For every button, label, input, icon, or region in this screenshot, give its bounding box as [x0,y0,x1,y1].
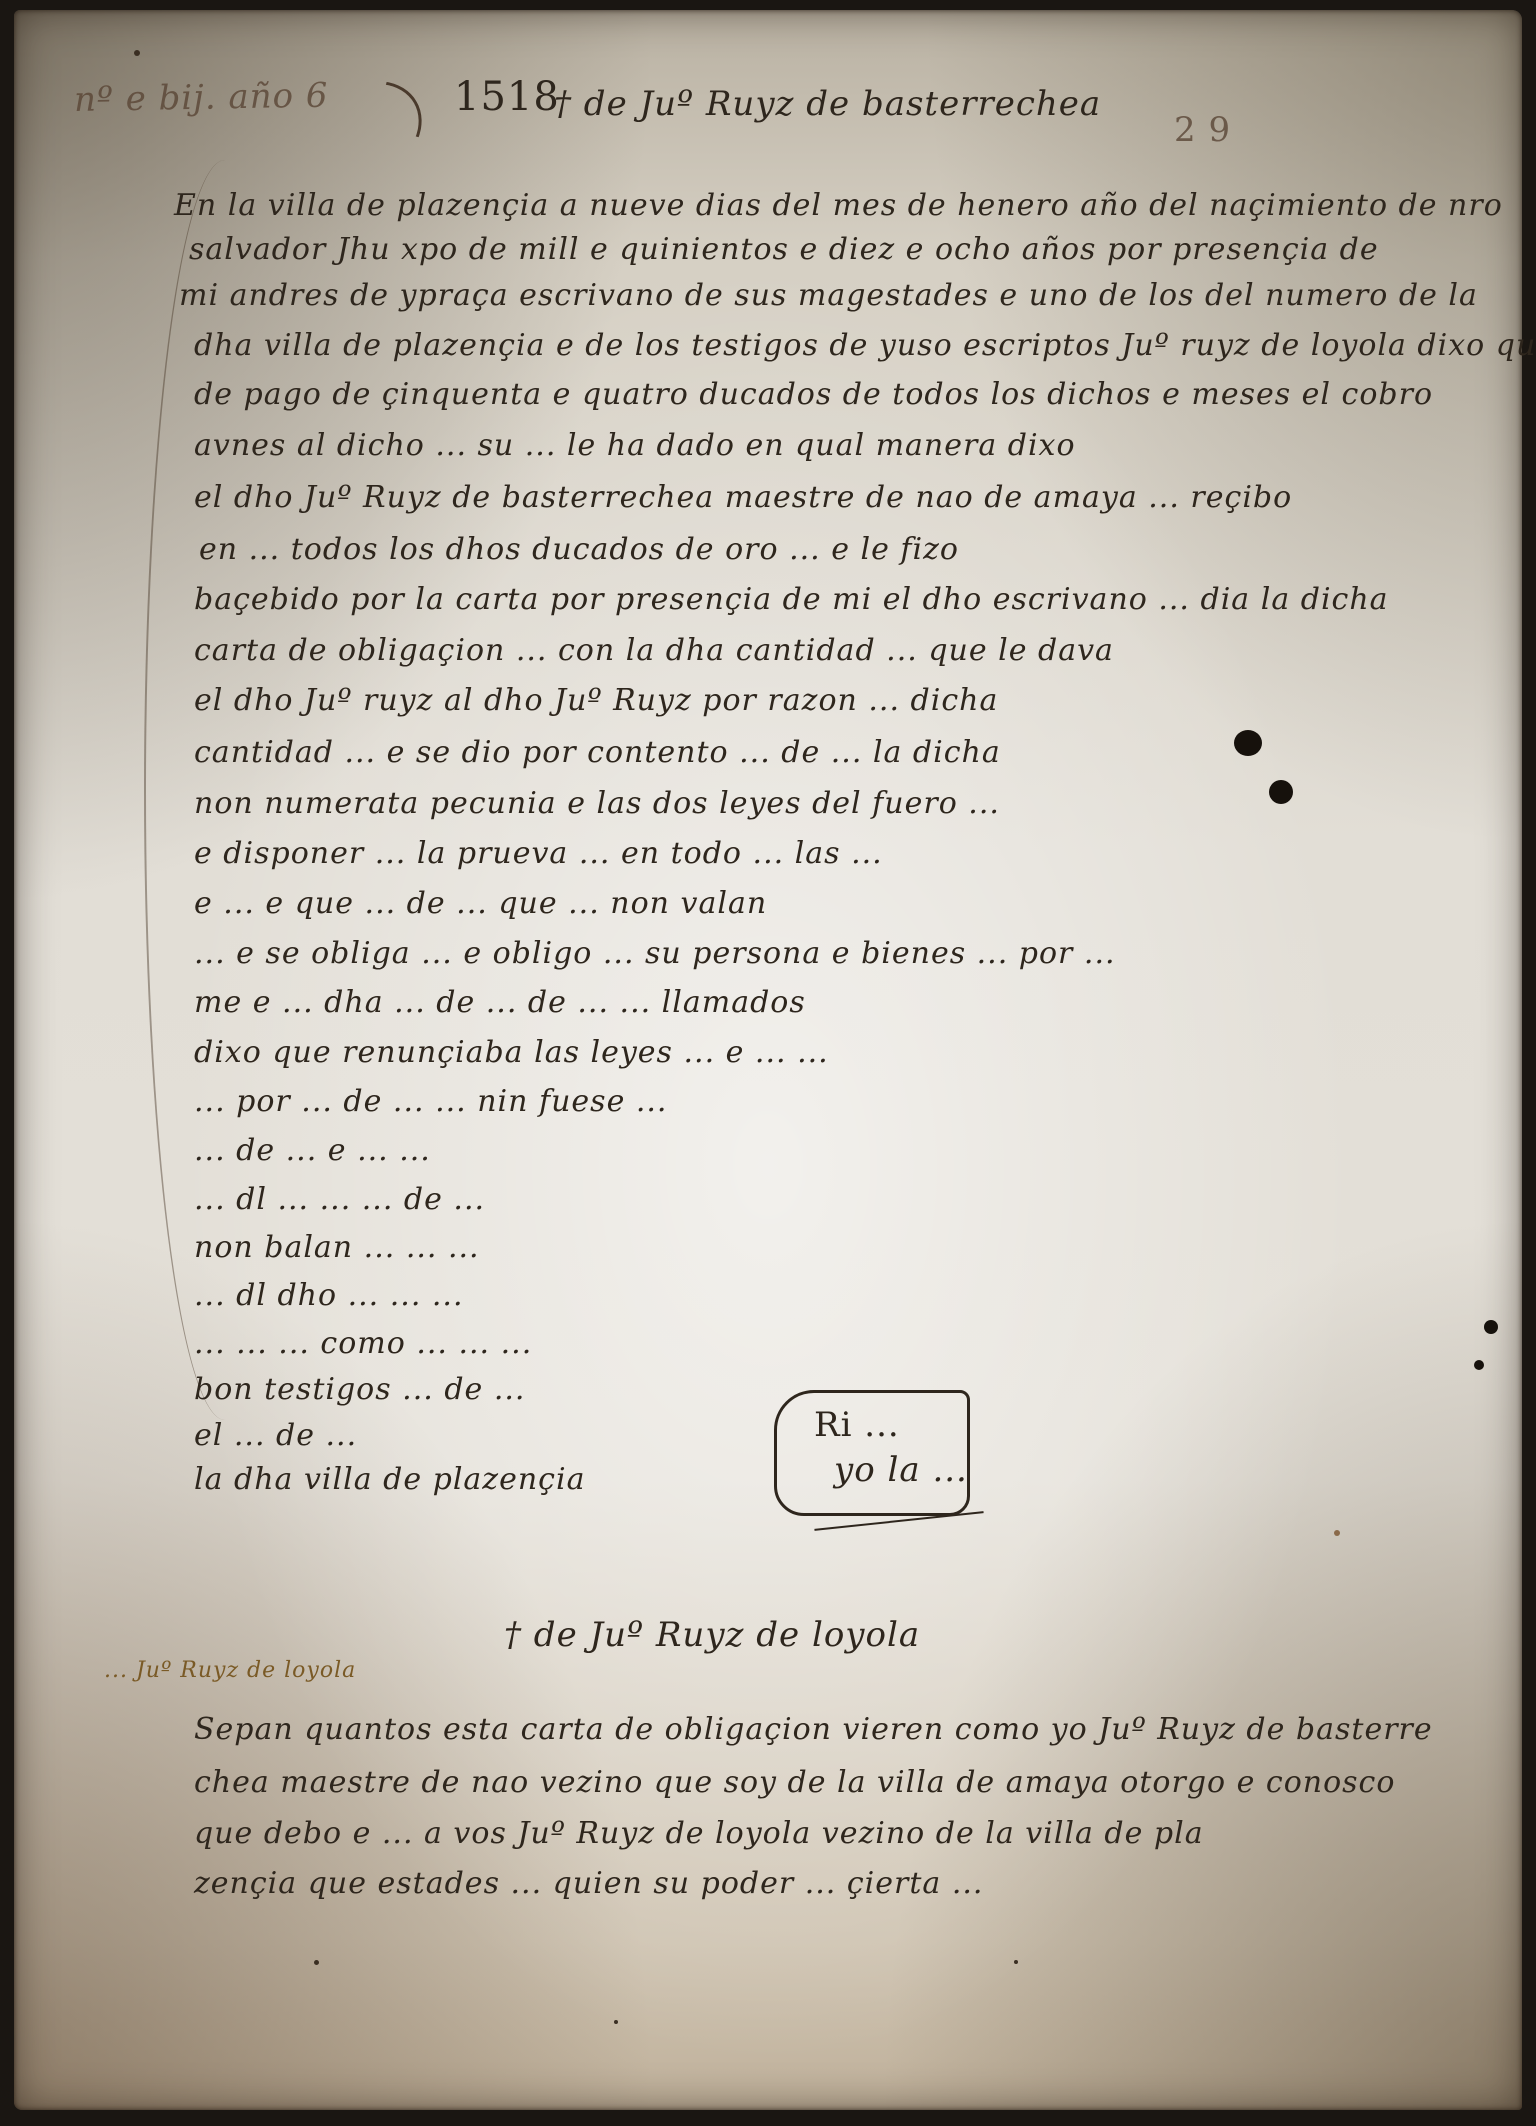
body-line: el ... de ... [194,1418,357,1453]
ink-blot [1234,730,1262,756]
body-line: de pago de çinquenta e quatro ducados de… [194,377,1433,412]
speck [314,1960,319,1965]
margin-note: ... Juº Ruyz de loyola [104,1658,356,1683]
signature-top: Ri ... [814,1405,900,1445]
body-line: ... por ... de ... ... nin fuese ... [194,1084,667,1119]
speck [1014,1960,1018,1964]
header-title: † de Juº Ruyz de basterrechea [554,84,1101,124]
body-line: dha villa de plazençia e de los testigos… [194,328,1536,363]
second-entry-line: Sepan quantos esta carta de obligaçion v… [194,1712,1433,1747]
speck [614,2020,618,2024]
second-entry-line: chea maestre de nao vezino que soy de la… [194,1765,1395,1800]
body-line: baçebido por la carta por presençia de m… [194,582,1389,617]
body-line: avnes al dicho ... su ... le ha dado en … [194,428,1076,463]
manuscript-page: nº e bij. año 6 1518 † de Juº Ruyz de ba… [14,10,1522,2110]
second-entry-line: que debo e ... a vos Juº Ruyz de loyola … [194,1816,1204,1851]
body-line: el dho Juº ruyz al dho Juº Ruyz por razo… [194,683,998,718]
body-line: ... ... ... como ... ... ... [194,1326,532,1361]
body-line: la dha villa de plazençia [194,1462,585,1497]
signature-bottom: yo la ... [834,1450,968,1490]
header-left-note: nº e bij. año 6 [74,76,329,120]
header-year: 1518 [454,74,560,120]
body-line: ... de ... e ... ... [194,1133,431,1168]
body-line: En la villa de plazençia a nueve dias de… [174,188,1503,223]
ink-blot [1474,1360,1484,1370]
body-line: non numerata pecunia e las dos leyes del… [194,786,1000,821]
body-line: carta de obligaçion ... con la dha canti… [194,633,1114,668]
body-line: me e ... dha ... de ... de ... ... llama… [194,985,806,1020]
body-line: en ... todos los dhos ducados de oro ...… [199,532,959,567]
body-line: bon testigos ... de ... [194,1372,525,1407]
body-line: el dho Juº Ruyz de basterrechea maestre … [194,480,1292,515]
ink-blot [1484,1320,1498,1334]
speck [1334,1530,1340,1536]
ink-blot [1269,780,1293,804]
body-line: non balan ... ... ... [194,1230,480,1265]
body-line: ... dl ... ... ... de ... [194,1182,485,1217]
second-entry-line: zençia que estades ... quien su poder ..… [194,1866,983,1901]
speck [134,50,140,56]
body-line: mi andres de ypraça escrivano de sus mag… [179,278,1478,313]
body-line: ... e se obliga ... e obligo ... su pers… [194,936,1116,971]
body-line: e disponer ... la prueva ... en todo ...… [194,836,883,871]
body-line: dixo que renunçiaba las leyes ... e ... … [194,1035,829,1070]
body-line: e ... e que ... de ... que ... non valan [194,886,767,921]
folio-number: 2 9 [1174,110,1231,150]
body-line: salvador Jhu xpo de mill e quinientos e … [189,232,1379,267]
second-entry-heading: † de Juº Ruyz de loyola [504,1615,920,1655]
body-line: cantidad ... e se dio por contento ... d… [194,735,1001,770]
body-line: ... dl dho ... ... ... [194,1278,464,1313]
